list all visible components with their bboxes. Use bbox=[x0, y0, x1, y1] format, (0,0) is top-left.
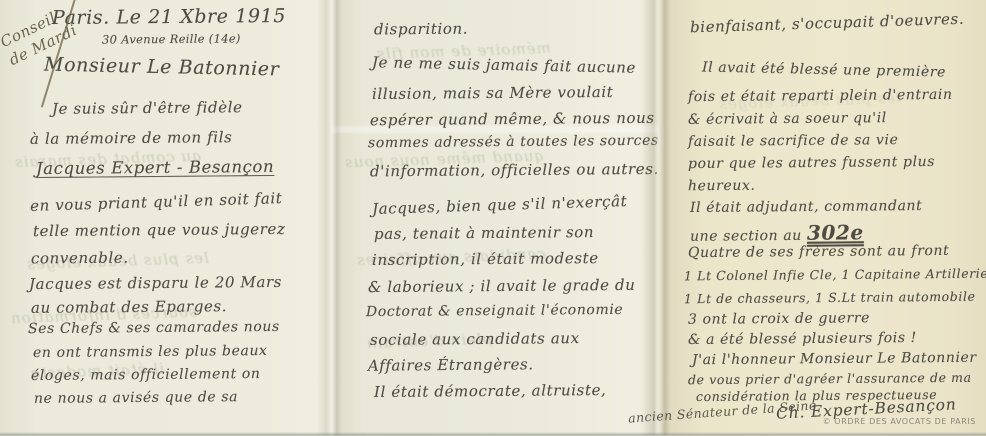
body-line: Je ne me suis jamais fait aucune bbox=[372, 53, 636, 77]
body-line: bienfaisant, s'occupait d'oeuvres. bbox=[690, 10, 965, 37]
body-line: pas, tenait à maintenir son bbox=[374, 223, 594, 243]
body-line: & laborieux ; il avait le grade du bbox=[368, 276, 636, 296]
body-line: en vous priant qu'il en soit fait bbox=[30, 189, 283, 215]
body-line: & écrivait à sa soeur qu'il bbox=[688, 110, 887, 128]
body-line: telle mention que vous jugerez bbox=[33, 220, 286, 240]
regiment-number: 302e bbox=[807, 220, 864, 244]
body-line: Je suis sûr d'être fidèle bbox=[52, 98, 243, 118]
body-line: 1 Lt de chasseurs, 1 S.Lt train automobi… bbox=[684, 289, 976, 307]
body-line: heureux. bbox=[688, 178, 756, 195]
address-line: 30 Avenue Reille (14e) bbox=[102, 31, 241, 46]
archive-watermark: © ORDRE DES AVOCATS DE PARIS bbox=[823, 417, 976, 426]
body-line: illusion, mais sa Mère voulait bbox=[372, 83, 614, 103]
body-line: pour que les autres fussent plus bbox=[688, 154, 935, 172]
letter-page-1: au combat des marais les plus beaux élog… bbox=[0, 0, 332, 436]
body-line: convenable. bbox=[31, 249, 129, 268]
body-line: Jacques est disparu le 20 Mars bbox=[29, 273, 282, 293]
body-line: Ses Chefs & ses camarades nous bbox=[28, 319, 280, 337]
letter-page-3: les plus beaux éloges bienfaisant, s'occ… bbox=[658, 0, 986, 436]
body-line: en ont transmis les plus beaux bbox=[33, 343, 268, 361]
body-line: éloges, mais officiellement on bbox=[31, 366, 261, 384]
body-line: 1 Lt Colonel Infie Cle, 1 Capitaine Arti… bbox=[684, 266, 986, 284]
body-line: fois et était reparti plein d'entrain bbox=[688, 87, 953, 105]
body-line: Jacques, bien que s'il n'exerçât bbox=[372, 192, 628, 218]
body-line: de vous prier d'agréer l'assurance de ma bbox=[688, 370, 972, 387]
section-302-prefix: une section au bbox=[690, 228, 807, 245]
body-line: J'ai l'honneur Monsieur Le Batonnier bbox=[692, 350, 977, 368]
body-line: faisait le sacrifice de sa vie bbox=[688, 132, 899, 150]
dateline: Paris. Le 21 Xbre 1915 bbox=[52, 5, 286, 29]
body-line: Il était adjudant, commandant bbox=[690, 198, 922, 216]
body-line: Affaires Étrangères. bbox=[368, 355, 534, 374]
section-302-line: une section au 302e bbox=[690, 220, 864, 246]
body-line: Il était démocrate, altruiste, bbox=[374, 381, 607, 401]
letter-scan: au combat des marais les plus beaux élog… bbox=[0, 0, 986, 436]
son-name-underlined: Jacques Expert - Besançon bbox=[36, 157, 274, 178]
body-line: Quatre de ses frères sont au front bbox=[688, 243, 949, 261]
body-line: sociale aux candidats aux bbox=[370, 329, 580, 349]
body-line: espérer quand même, & nous nous bbox=[370, 109, 655, 129]
body-line: au combat des Eparges. bbox=[31, 297, 227, 317]
body-line: disparition. bbox=[374, 20, 468, 39]
body-line: à la mémoire de mon fils bbox=[30, 128, 233, 148]
body-line: inscription, il était modeste bbox=[372, 249, 599, 269]
body-line: Il avait été blessé une première bbox=[702, 59, 946, 80]
body-line: & a été blessé plusieurs fois ! bbox=[688, 330, 917, 348]
body-line: ne nous a avisés que de sa bbox=[34, 389, 238, 407]
body-line: sommes adressés à toutes les sources bbox=[368, 133, 659, 152]
paper-bottom-edge bbox=[0, 432, 986, 436]
body-line: d'information, officielles ou autres. — bbox=[370, 160, 680, 181]
letter-page-2: mémoire de mon fils quand même nous nous… bbox=[332, 0, 658, 436]
body-line: 3 ont la croix de guerre bbox=[688, 310, 870, 328]
salutation: Monsieur Le Batonnier bbox=[44, 54, 280, 81]
body-line: Doctorat & enseignait l'économie bbox=[366, 302, 623, 320]
